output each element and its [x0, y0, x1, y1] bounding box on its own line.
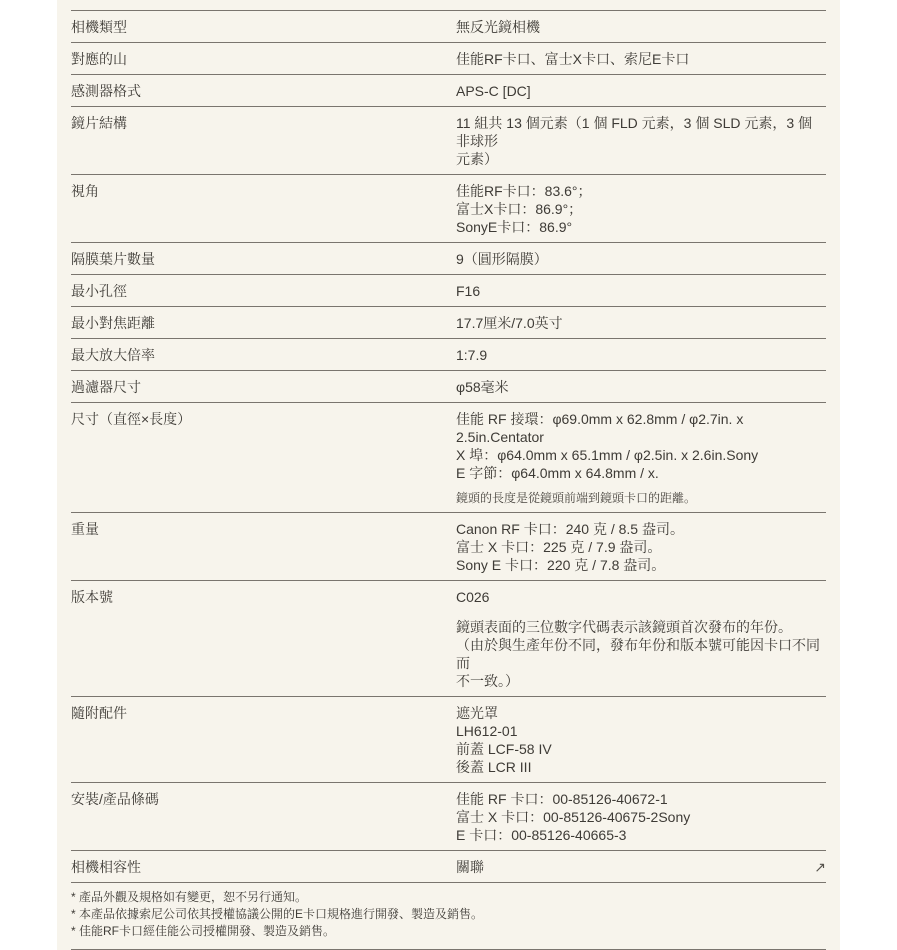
spec-table: 相機類型 無反光鏡相機 對應的山 佳能RF卡口、富士X卡口、索尼E卡口 感測器格… — [71, 10, 826, 883]
spec-row-lens-construction: 鏡片結構 11 組共 13 個元素（1 個 FLD 元素，3 個 SLD 元素，… — [71, 107, 826, 175]
spec-label: 版本號 — [71, 588, 456, 606]
spec-value: φ58毫米 — [456, 378, 826, 396]
spec-value: C026 — [456, 588, 826, 606]
spec-label: 鏡片結構 — [71, 114, 456, 132]
spec-value: 無反光鏡相機 — [456, 18, 826, 36]
spec-row-min-focus-distance: 最小對焦距離 17.7厘米/7.0英寸 — [71, 307, 826, 339]
spec-label: 安裝/產品條碼 — [71, 790, 456, 808]
spec-row-angle-of-view: 視角 佳能RF卡口：83.6°； 富士X卡口：86.9°； SonyE卡口：86… — [71, 175, 826, 243]
spec-row-dimensions: 尺寸（直徑×長度） 佳能 RF 接環：φ69.0mm x 62.8mm / φ2… — [71, 403, 826, 513]
spec-label: 最大放大倍率 — [71, 346, 456, 364]
spec-value: 17.7厘米/7.0英寸 — [456, 314, 826, 332]
spec-label: 相機類型 — [71, 18, 456, 36]
spec-row-sensor-format: 感測器格式 APS-C [DC] — [71, 75, 826, 107]
spec-label: 最小對焦距離 — [71, 314, 456, 332]
spec-value: Canon RF 卡口：240 克 / 8.5 盎司。 富士 X 卡口：225 … — [456, 520, 826, 574]
spec-row-mount: 對應的山 佳能RF卡口、富士X卡口、索尼E卡口 — [71, 43, 826, 75]
spec-row-filter-size: 過濾器尺寸 φ58毫米 — [71, 371, 826, 403]
spec-row-version: 版本號 C026 鏡頭表面的三位數字代碼表示該鏡頭首次發布的年份。 （由於與生產… — [71, 581, 826, 697]
external-link-icon: ↗ — [814, 858, 826, 876]
spec-label: 相機相容性 — [71, 858, 456, 876]
footnote-line: * 產品外觀及規格如有變更，恕不另行通知。 — [71, 889, 826, 906]
spec-value: 11 組共 13 個元素（1 個 FLD 元素，3 個 SLD 元素，3 個非球… — [456, 114, 826, 168]
spec-value: 1:7.9 — [456, 346, 826, 364]
spec-label: 感測器格式 — [71, 82, 456, 100]
spec-row-camera-type: 相機類型 無反光鏡相機 — [71, 11, 826, 43]
spec-value: 9（圓形隔膜） — [456, 250, 826, 268]
spec-row-max-magnification: 最大放大倍率 1:7.9 — [71, 339, 826, 371]
spec-label: 視角 — [71, 182, 456, 200]
spec-label: 隨附配件 — [71, 704, 456, 722]
spec-value: 佳能RF卡口：83.6°； 富士X卡口：86.9°； SonyE卡口：86.9° — [456, 182, 826, 236]
spec-panel: 相機類型 無反光鏡相機 對應的山 佳能RF卡口、富士X卡口、索尼E卡口 感測器格… — [57, 0, 840, 950]
compatibility-link[interactable]: 關聯 — [456, 858, 484, 876]
spec-label: 過濾器尺寸 — [71, 378, 456, 396]
spec-row-weight: 重量 Canon RF 卡口：240 克 / 8.5 盎司。 富士 X 卡口：2… — [71, 513, 826, 581]
spec-label: 重量 — [71, 520, 456, 538]
spec-label: 尺寸（直徑×長度） — [71, 410, 456, 428]
spec-value: 佳能RF卡口、富士X卡口、索尼E卡口 — [456, 50, 826, 68]
spec-label: 對應的山 — [71, 50, 456, 68]
spec-row-min-aperture: 最小孔徑 F16 — [71, 275, 826, 307]
spec-value: 佳能 RF 卡口：00-85126-40672-1 富士 X 卡口：00-851… — [456, 790, 826, 844]
spec-row-barcode: 安裝/產品條碼 佳能 RF 卡口：00-85126-40672-1 富士 X 卡… — [71, 783, 826, 851]
spec-row-camera-compatibility: 相機相容性 關聯 ↗ — [71, 851, 826, 883]
footnote-line: * 佳能RF卡口經佳能公司授權開發、製造及銷售。 — [71, 923, 826, 940]
spec-note: 鏡頭的長度是從鏡頭前端到鏡頭卡口的距離。 — [456, 491, 826, 506]
spec-label: 隔膜葉片數量 — [71, 250, 456, 268]
footnote-line: * 本產品依據索尼公司依其授權協議公開的E卡口規格進行開發、製造及銷售。 — [71, 906, 826, 923]
spec-value: 遮光罩 LH612-01 前蓋 LCF-58 IV 後蓋 LCR III — [456, 704, 826, 776]
footnotes: * 產品外觀及規格如有變更，恕不另行通知。 * 本產品依據索尼公司依其授權協議公… — [71, 883, 826, 950]
spec-value: APS-C [DC] — [456, 82, 826, 100]
spec-note: 鏡頭表面的三位數字代碼表示該鏡頭首次發布的年份。 （由於與生產年份不同，發布年份… — [456, 618, 826, 690]
spec-row-diaphragm-blades: 隔膜葉片數量 9（圓形隔膜） — [71, 243, 826, 275]
spec-label: 最小孔徑 — [71, 282, 456, 300]
spec-row-accessories: 隨附配件 遮光罩 LH612-01 前蓋 LCF-58 IV 後蓋 LCR II… — [71, 697, 826, 783]
spec-value: 佳能 RF 接環：φ69.0mm x 62.8mm / φ2.7in. x 2.… — [456, 410, 826, 482]
spec-value: F16 — [456, 282, 826, 300]
